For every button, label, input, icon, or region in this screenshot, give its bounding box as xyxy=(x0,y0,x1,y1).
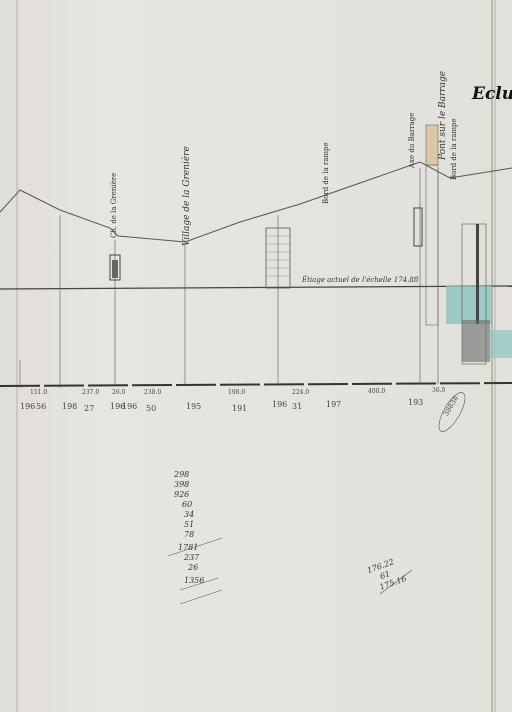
station-label: 237.0 xyxy=(82,389,99,396)
calculation-left: 298 398 926 60 34 51 78 1781 237 26 1356 xyxy=(174,470,204,586)
drawing-title: Eclus xyxy=(472,84,512,104)
profile-number: 197 xyxy=(326,400,341,409)
label-chemin: Ch. de la Grenière xyxy=(110,173,118,238)
profile-number: 196 xyxy=(272,400,287,409)
station-label: 224.0 xyxy=(292,389,309,396)
label-etiage: Étiage actuel de l'échelle 174.88 xyxy=(302,276,418,284)
station-label: 238.0 xyxy=(144,389,161,396)
station-label: 26.0 xyxy=(112,389,125,396)
profile-number: 50 xyxy=(146,404,156,413)
profile-number: 196 xyxy=(122,402,137,411)
profile-number: 27 xyxy=(84,404,94,413)
station-label: 400.0 xyxy=(368,388,385,395)
drawing-sheet: Eclus Village de la Grenière Pont sur le… xyxy=(0,0,512,712)
profile-number: 56 xyxy=(36,402,46,411)
profile-number: 196 xyxy=(20,402,35,411)
label-bord-rampe-1: Bord de la rampe xyxy=(322,142,330,204)
label-axe-barrage: Axe du Barrage xyxy=(408,113,416,168)
profile-number: 193 xyxy=(408,398,423,407)
profile-number: 31 xyxy=(292,402,302,411)
profile-number: 198 xyxy=(62,402,77,411)
label-village: Village de la Grenière xyxy=(182,146,192,246)
station-label: 198.0 xyxy=(228,389,245,396)
profile-number: 195 xyxy=(186,402,201,411)
label-bord-rampe-2: Bord de la rampe xyxy=(450,118,458,180)
station-label: 36.0 xyxy=(432,387,445,394)
station-label: 151.0 xyxy=(30,389,47,396)
label-pont-barrage: Pont sur le Barrage xyxy=(438,71,448,160)
profile-drawing xyxy=(0,0,512,712)
profile-number: 191 xyxy=(232,404,247,413)
